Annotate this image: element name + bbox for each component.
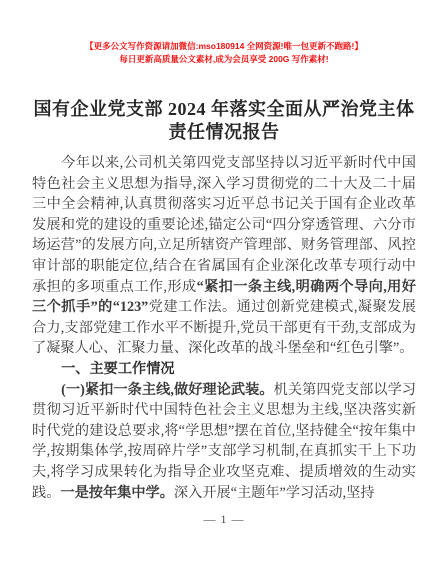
page-number: — 1 — bbox=[0, 512, 448, 527]
body-paragraph: (一)紧扣一条主线,做好理论武装。机关第四党支部以学习贯彻习近平新时代中国特色社… bbox=[32, 380, 416, 504]
text-segment: 机关第四党支部以学习贯彻习近平新时代中国特色社会主义思想为主线,坚决落实新时代党… bbox=[32, 382, 416, 501]
document-title-line1: 国有企业党支部 2024 年落实全面从严治党主体 bbox=[0, 98, 448, 121]
promo-banner-line1: 【更多公文写作资源请加微信:mso180914 全网资源!唯一包更新不跑路!】 bbox=[0, 41, 448, 52]
text-segment: 今年以来,公司机关第四党支部坚持以习近平新时代中国特色社会主义思想为指导,深入学… bbox=[32, 155, 416, 295]
document-page: 【更多公文写作资源请加微信:mso180914 全网资源!唯一包更新不跑路!】 … bbox=[0, 0, 448, 580]
promo-banner: 【更多公文写作资源请加微信:mso180914 全网资源!唯一包更新不跑路!】 … bbox=[0, 0, 448, 65]
text-segment: 一、主要工作情况 bbox=[61, 361, 175, 377]
document-title: 国有企业党支部 2024 年落实全面从严治党主体 责任情况报告 bbox=[0, 98, 448, 144]
section-heading: 一、主要工作情况 bbox=[32, 359, 416, 380]
body-paragraph: 今年以来,公司机关第四党支部坚持以习近平新时代中国特色社会主义思想为指导,深入学… bbox=[32, 153, 416, 359]
text-segment: 深入开展“主题年”学习活动,坚持 bbox=[174, 485, 375, 501]
document-title-line2: 责任情况报告 bbox=[0, 121, 448, 144]
document-body: 今年以来,公司机关第四党支部坚持以习近平新时代中国特色社会主义思想为指导,深入学… bbox=[32, 153, 416, 503]
text-segment: 一是按年集中学。 bbox=[60, 485, 174, 501]
promo-banner-line2: 每日更新高质量公文素材,成为会员享受 200G 写作素材! bbox=[0, 54, 448, 65]
text-segment: (一)紧扣一条主线,做好理论武装。 bbox=[61, 382, 274, 398]
